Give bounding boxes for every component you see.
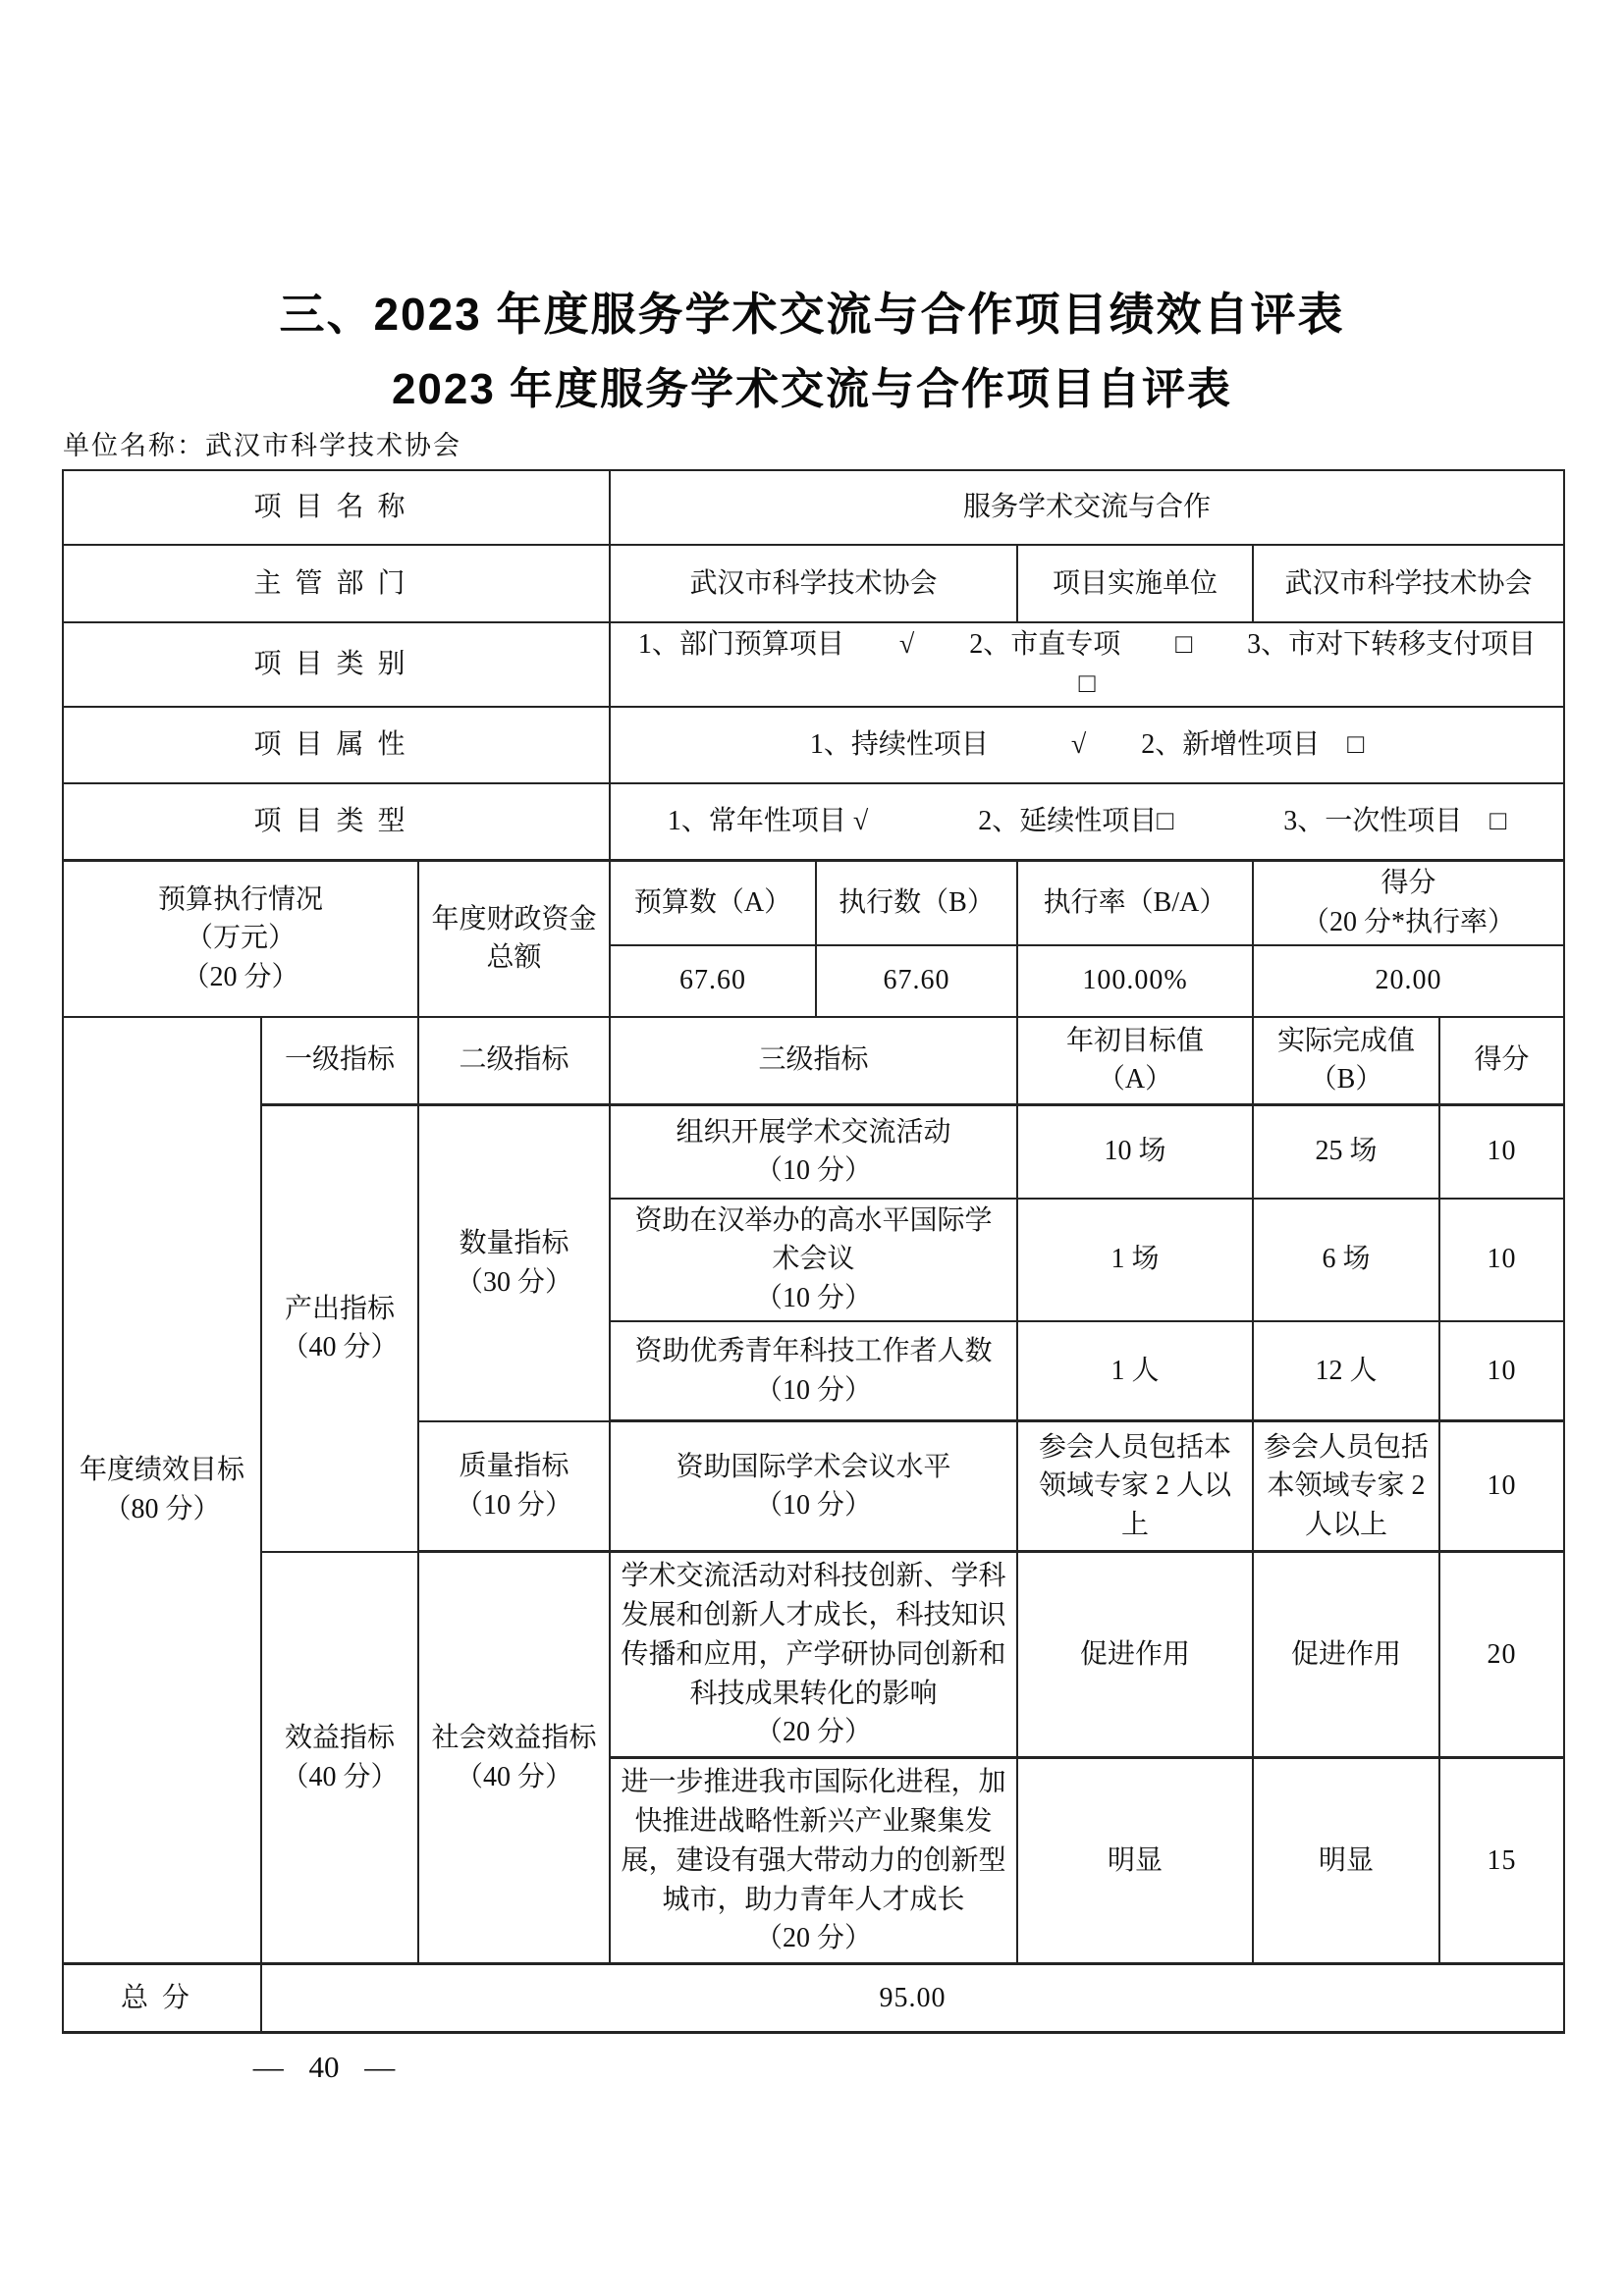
indicator-actual: 12 人 [1253, 1321, 1439, 1421]
budget-label: 预算执行情况 （万元） （20 分） [63, 861, 418, 1017]
project-name-value: 服务学术交流与合作 [610, 470, 1564, 545]
budget-header-executed: 执行数（B） [816, 861, 1017, 945]
row-indicator-headers: 年度绩效目标 （80 分） 一级指标 二级指标 三级指标 年初目标值 （A） 实… [63, 1017, 1564, 1105]
indicator-actual: 参会人员包括 本领域专家 2 人以上 [1253, 1421, 1439, 1552]
document-page: 三、2023 年度服务学术交流与合作项目绩效自评表 2023 年度服务学术交流与… [0, 0, 1624, 2296]
implementer-value: 武汉市科学技术协会 [1253, 545, 1564, 622]
budget-header-rate: 执行率（B/A） [1017, 861, 1253, 945]
row-budget-headers: 预算执行情况 （万元） （20 分） 年度财政资金 总额 预算数（A） 执行数（… [63, 861, 1564, 945]
indicator-target: 促进作用 [1017, 1552, 1253, 1758]
budget-value-executed: 67.60 [816, 945, 1017, 1017]
budget-header-planned: 预算数（A） [610, 861, 816, 945]
indicator-level3: 资助国际学术会议水平 （10 分） [610, 1421, 1017, 1552]
budget-header-score: 得分 （20 分*执行率） [1253, 861, 1564, 945]
page-title-sub: 2023 年度服务学术交流与合作项目自评表 [0, 353, 1624, 416]
level1-benefit-label: 效益指标 （40 分） [261, 1552, 418, 1964]
indicator-target: 10 场 [1017, 1105, 1253, 1199]
indicator-actual: 促进作用 [1253, 1552, 1439, 1758]
level2-quantity-label: 数量指标 （30 分） [418, 1105, 610, 1421]
indicator-row-5: 效益指标 （40 分） 社会效益指标 （40 分） 学术交流活动对科技创新、学科… [63, 1552, 1564, 1758]
category-label: 项目类别 [63, 622, 610, 707]
indicator-target: 1 人 [1017, 1321, 1253, 1421]
project-name-label: 项目名称 [63, 470, 610, 545]
supervisor-value: 武汉市科学技术协会 [610, 545, 1017, 622]
indicator-row-1: 产出指标 （40 分） 数量指标 （30 分） 组织开展学术交流活动 （10 分… [63, 1105, 1564, 1199]
row-supervisor: 主管部门 武汉市科学技术协会 项目实施单位 武汉市科学技术协会 [63, 545, 1564, 622]
indicator-target: 参会人员包括本 领域专家 2 人以上 [1017, 1421, 1253, 1552]
total-label: 总分 [63, 1964, 261, 2033]
page-title-main: 三、2023 年度服务学术交流与合作项目绩效自评表 [0, 279, 1624, 344]
header-target: 年初目标值 （A） [1017, 1017, 1253, 1105]
level2-social-benefit-label: 社会效益指标 （40 分） [418, 1552, 610, 1964]
indicator-score: 10 [1439, 1199, 1564, 1321]
indicator-level3: 学术交流活动对科技创新、学科 发展和创新人才成长，科技知识 传播和应用，产学研协… [610, 1552, 1017, 1758]
indicator-level3: 资助优秀青年科技工作者人数 （10 分） [610, 1321, 1017, 1421]
attribute-label: 项目属性 [63, 707, 610, 783]
total-value: 95.00 [261, 1964, 1564, 2033]
self-eval-table: 项目名称 服务学术交流与合作 主管部门 武汉市科学技术协会 项目实施单位 武汉市… [62, 469, 1565, 2034]
level1-output-label: 产出指标 （40 分） [261, 1105, 418, 1552]
indicator-actual: 25 场 [1253, 1105, 1439, 1199]
indicator-actual: 6 场 [1253, 1199, 1439, 1321]
indicator-target: 1 场 [1017, 1199, 1253, 1321]
level2-quality-label: 质量指标 （10 分） [418, 1421, 610, 1552]
indicator-actual: 明显 [1253, 1758, 1439, 1964]
unit-name: 单位名称：武汉市科学技术协会 [63, 424, 461, 462]
type-label: 项目类型 [63, 783, 610, 861]
indicator-target: 明显 [1017, 1758, 1253, 1964]
budget-value-rate: 100.00% [1017, 945, 1253, 1017]
supervisor-label: 主管部门 [63, 545, 610, 622]
header-score: 得分 [1439, 1017, 1564, 1105]
category-options: 1、部门预算项目 √ 2、市直专项 □ 3、市对下转移支付项目 □ [610, 622, 1564, 707]
type-options: 1、常年性项目 √ 2、延续性项目□ 3、一次性项目 □ [610, 783, 1564, 861]
indicator-score: 10 [1439, 1421, 1564, 1552]
row-category: 项目类别 1、部门预算项目 √ 2、市直专项 □ 3、市对下转移支付项目 □ [63, 622, 1564, 707]
indicator-level3: 进一步推进我市国际化进程，加 快推进战略性新兴产业聚集发 展，建设有强大带动力的… [610, 1758, 1017, 1964]
indicator-score: 15 [1439, 1758, 1564, 1964]
indicator-score: 10 [1439, 1105, 1564, 1199]
indicator-level3: 组织开展学术交流活动 （10 分） [610, 1105, 1017, 1199]
budget-value-score: 20.00 [1253, 945, 1564, 1017]
header-level1: 一级指标 [261, 1017, 418, 1105]
attribute-options: 1、持续性项目 √ 2、新增性项目 □ [610, 707, 1564, 783]
indicator-score: 10 [1439, 1321, 1564, 1421]
header-actual: 实际完成值 （B） [1253, 1017, 1439, 1105]
row-project-name: 项目名称 服务学术交流与合作 [63, 470, 1564, 545]
indicator-score: 20 [1439, 1552, 1564, 1758]
header-level2: 二级指标 [418, 1017, 610, 1105]
implementer-label: 项目实施单位 [1017, 545, 1253, 622]
row-attribute: 项目属性 1、持续性项目 √ 2、新增性项目 □ [63, 707, 1564, 783]
annual-target-label: 年度绩效目标 （80 分） [63, 1017, 261, 1964]
indicator-level3: 资助在汉举办的高水平国际学 术会议 （10 分） [610, 1199, 1017, 1321]
budget-value-planned: 67.60 [610, 945, 816, 1017]
header-level3: 三级指标 [610, 1017, 1017, 1105]
row-type: 项目类型 1、常年性项目 √ 2、延续性项目□ 3、一次性项目 □ [63, 783, 1564, 861]
budget-fund-total-label: 年度财政资金 总额 [418, 861, 610, 1017]
footer-page-number: — 40 — [137, 2050, 511, 2085]
row-total: 总分 95.00 [63, 1964, 1564, 2033]
